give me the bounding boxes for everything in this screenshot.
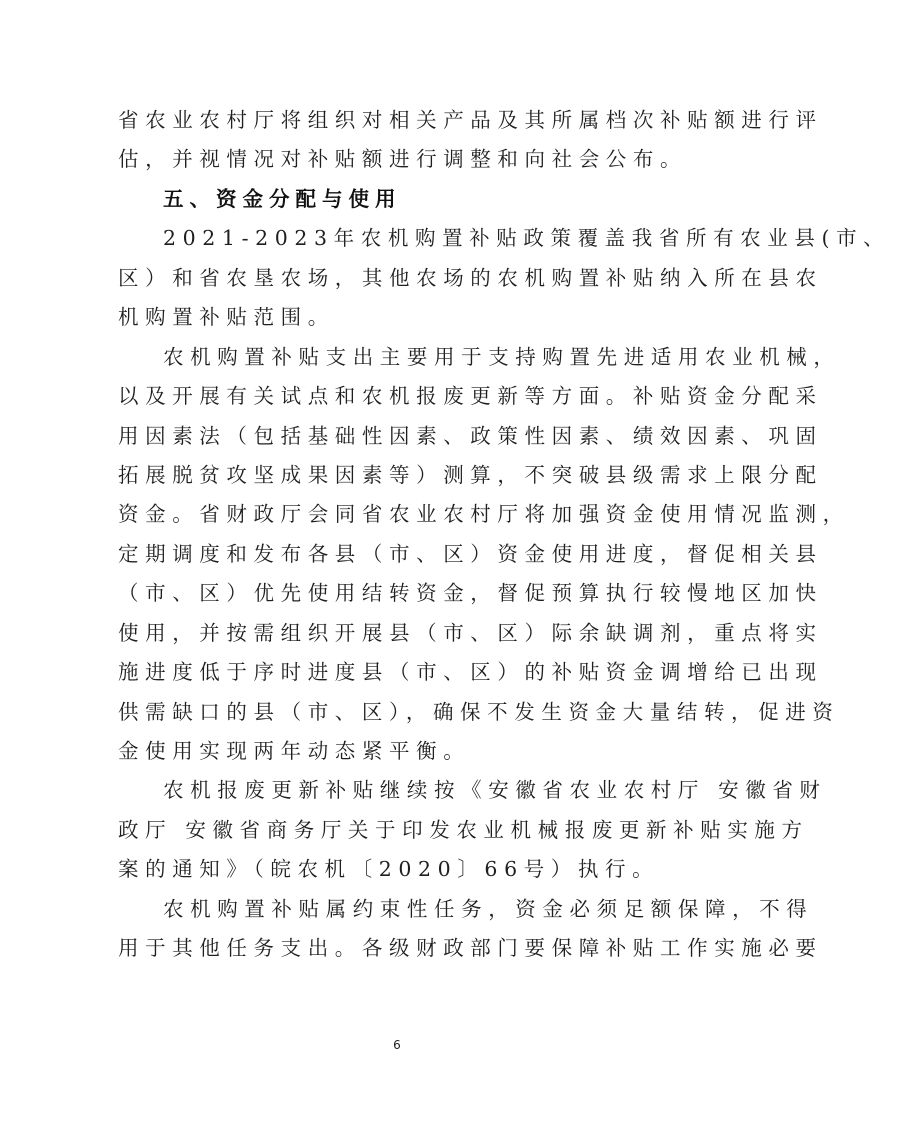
body-line: 区）和省农垦农场，其他农场的农机购置补贴纳入所在县农 bbox=[118, 259, 678, 298]
body-line: 估，并视情况对补贴额进行调整和向社会公布。 bbox=[118, 140, 678, 179]
page-number: 6 bbox=[390, 1038, 404, 1052]
document-body: 省农业农村厅将组织对相关产品及其所属档次补贴额进行评 估，并视情况对补贴额进行调… bbox=[118, 101, 678, 969]
paragraph-first-line: 2021-2023年农机购置补贴政策覆盖我省所有农业县(市、 bbox=[118, 219, 678, 258]
body-line: 供需缺口的县（市、区），确保不发生资金大量结转，促进资 bbox=[118, 693, 678, 732]
body-line: 用因素法（包括基础性因素、政策性因素、绩效因素、巩固 bbox=[118, 417, 678, 456]
body-line: 资金。省财政厅会同省农业农村厅将加强资金使用情况监测， bbox=[118, 495, 678, 534]
body-line: 案的通知》（皖农机〔2020〕66号）执行。 bbox=[118, 850, 678, 889]
paragraph-first-line: 农机报废更新补贴继续按《安徽省农业农村厅 安徽省财 bbox=[118, 771, 678, 810]
body-line: 施进度低于序时进度县（市、区）的补贴资金调增给已出现 bbox=[118, 653, 678, 692]
section-heading: 五、资金分配与使用 bbox=[118, 180, 678, 219]
body-line: 定期调度和发布各县（市、区）资金使用进度，督促相关县 bbox=[118, 535, 678, 574]
body-line: 使用，并按需组织开展县（市、区）际余缺调剂，重点将实 bbox=[118, 614, 678, 653]
body-line: 机购置补贴范围。 bbox=[118, 298, 678, 337]
body-line: 金使用实现两年动态紧平衡。 bbox=[118, 732, 678, 771]
body-line: 用于其他任务支出。各级财政部门要保障补贴工作实施必要 bbox=[118, 929, 678, 968]
body-line: 拓展脱贫攻坚成果因素等）测算，不突破县级需求上限分配 bbox=[118, 456, 678, 495]
body-line: 政厅 安徽省商务厅关于印发农业机械报废更新补贴实施方 bbox=[118, 811, 678, 850]
document-page: 省农业农村厅将组织对相关产品及其所属档次补贴额进行评 估，并视情况对补贴额进行调… bbox=[0, 0, 916, 1122]
body-line: （市、区）优先使用结转资金，督促预算执行较慢地区加快 bbox=[118, 574, 678, 613]
body-line: 以及开展有关试点和农机报废更新等方面。补贴资金分配采 bbox=[118, 377, 678, 416]
paragraph-first-line: 农机购置补贴属约束性任务，资金必须足额保障，不得 bbox=[118, 890, 678, 929]
body-line: 省农业农村厅将组织对相关产品及其所属档次补贴额进行评 bbox=[118, 101, 678, 140]
paragraph-first-line: 农机购置补贴支出主要用于支持购置先进适用农业机械， bbox=[118, 338, 678, 377]
